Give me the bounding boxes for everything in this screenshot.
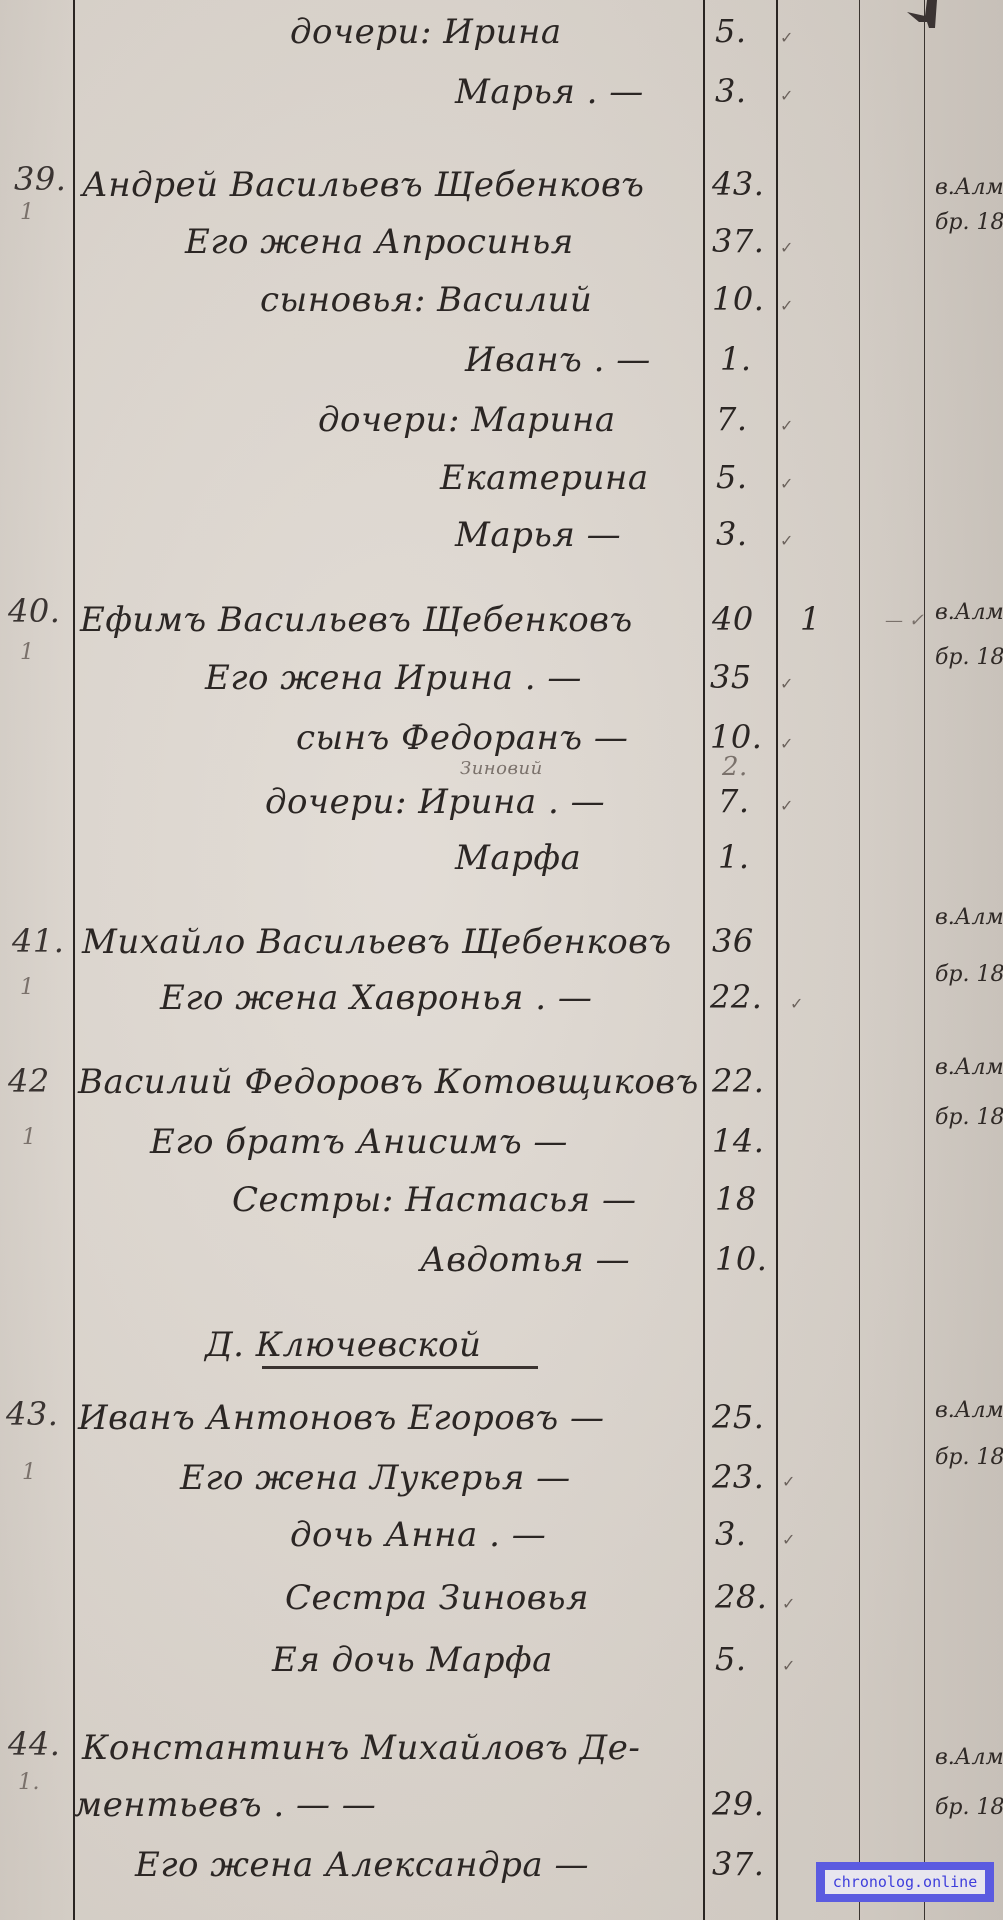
pencil-annotation: Зиновий <box>460 758 543 779</box>
entry-name: Ефимъ Васильевъ Щебенковъ <box>80 600 633 640</box>
entry-age: 36 <box>712 922 754 960</box>
entry-name: Михайло Васильевъ Щебенковъ <box>82 922 672 962</box>
check-mark-icon: ✓ <box>780 296 793 315</box>
entry-age: 3. <box>715 72 747 110</box>
household-sub-count: 1 <box>20 640 35 665</box>
household-number: 43. <box>6 1395 58 1433</box>
entry-age: 5. <box>716 458 748 496</box>
margin-note: в.Алм <box>935 600 1003 625</box>
check-mark-icon: ✓ <box>780 796 793 815</box>
entry-name: Марья . — <box>455 72 644 112</box>
margin-note: в.Алм <box>935 905 1003 930</box>
entry-name: дочери: Марина <box>318 400 616 440</box>
check-mark-icon: ✓ <box>780 416 793 435</box>
household-number: 44. <box>8 1725 60 1763</box>
entry-age: 3. <box>716 515 748 553</box>
column-rule-notes <box>924 0 925 1920</box>
household-number: 41. <box>12 922 64 960</box>
entry-age: 28. <box>715 1578 767 1616</box>
entry-age: 1. <box>720 340 752 378</box>
margin-note: бр. 18.. <box>935 645 1003 670</box>
entry-name: Его братъ Анисимъ — <box>150 1122 568 1162</box>
entry-second-column: 1 <box>800 600 821 638</box>
margin-note: бр. 18.. <box>935 962 1003 987</box>
household-number: 39. <box>14 160 66 198</box>
entry-age: 10. <box>715 1240 767 1278</box>
entry-name: Марфа <box>455 838 581 878</box>
entry-age: 37. <box>712 1845 764 1883</box>
check-mark-icon: ✓ <box>782 1656 795 1675</box>
column-rule-extra <box>859 0 860 1920</box>
entry-age: 7. <box>718 782 750 820</box>
entry-age: 37. <box>712 222 764 260</box>
check-mark-icon: ✓ <box>780 86 793 105</box>
entry-name: Екатерина <box>440 458 649 498</box>
household-sub-count: 1. <box>18 1770 40 1795</box>
check-mark-icon: ✓ <box>780 734 793 753</box>
watermark-badge: chronolog.online <box>816 1862 994 1902</box>
entry-name: Его жена Лукерья — <box>180 1458 571 1498</box>
check-mark-icon: ✓ <box>782 1472 795 1491</box>
heading-underline <box>262 1366 538 1369</box>
margin-note: в.Алм <box>935 1055 1003 1080</box>
entry-age: 29. <box>712 1785 764 1823</box>
margin-note: в.Алм <box>935 1745 1003 1770</box>
household-sub-count: 1 <box>22 1460 37 1485</box>
register-page: дочери: Ирина 5. ✓ Марья . — 3. ✓ 39. 1 … <box>0 0 1003 1920</box>
entry-age: 22. <box>712 1062 764 1100</box>
entry-age: 5. <box>715 1640 747 1678</box>
entry-age: 40 <box>712 600 754 638</box>
entry-age: 10. <box>712 280 764 318</box>
entry-age: 7. <box>716 400 748 438</box>
entry-name: Константинъ Михайловъ Де- <box>82 1728 640 1768</box>
entry-age: 5. <box>715 12 747 50</box>
entry-name: дочь Анна . — <box>290 1515 546 1555</box>
entry-name: дочери: Ирина <box>290 12 562 52</box>
entry-name: Иванъ . — <box>465 340 651 380</box>
margin-dash: — ✓ <box>885 610 924 631</box>
household-number: 42 <box>8 1062 50 1100</box>
check-mark-icon: ✓ <box>780 531 793 550</box>
margin-note: бр. 18.. <box>935 1105 1003 1130</box>
entry-name: ментьевъ . — — <box>74 1785 376 1825</box>
entry-name: Сестра Зиновья <box>285 1578 589 1618</box>
check-mark-icon: ✓ <box>780 474 793 493</box>
entry-name: дочери: Ирина . — <box>265 782 605 822</box>
section-heading-village: Д. Ключевской <box>205 1325 481 1365</box>
check-mark-icon: ✓ <box>780 674 793 693</box>
household-number: 40. <box>8 592 60 630</box>
margin-note: бр. 18.. <box>935 1445 1003 1470</box>
entry-age: 3. <box>715 1515 747 1553</box>
entry-age: 1. <box>718 838 750 876</box>
entry-name: Андрей Васильевъ Щебенковъ <box>82 165 644 205</box>
household-sub-count: 1 <box>22 1125 37 1150</box>
entry-name: Его жена Александра — <box>135 1845 589 1885</box>
margin-note: бр. 18.. <box>935 1795 1003 1820</box>
check-mark-icon: ✓ <box>782 1530 795 1549</box>
age-correction: 2. <box>722 752 748 782</box>
entry-age: 22. <box>710 978 762 1016</box>
column-rule-age <box>776 0 778 1920</box>
entry-age: 14. <box>712 1122 764 1160</box>
margin-note: бр. 18.. <box>935 210 1003 235</box>
entry-name: Ея дочь Марфа <box>272 1640 553 1680</box>
entry-age: 35 <box>710 658 752 696</box>
entry-name: Авдотья — <box>420 1240 630 1280</box>
entry-name: сынъ Федоранъ — <box>296 718 628 758</box>
watermark-text: chronolog.online <box>825 1870 986 1894</box>
household-sub-count: 1 <box>20 200 35 225</box>
check-mark-icon: ✓ <box>790 994 803 1013</box>
entry-name: Сестры: Настасья — <box>232 1180 636 1220</box>
column-rule-name <box>703 0 705 1920</box>
entry-name: Его жена Ирина . — <box>205 658 582 698</box>
household-sub-count: 1 <box>20 975 35 1000</box>
margin-note: в.Алм <box>935 1398 1003 1423</box>
entry-age: 23. <box>712 1458 764 1496</box>
column-rule-number <box>73 0 75 1920</box>
entry-name: Его жена Апросинья <box>185 222 574 262</box>
entry-age: 10. <box>710 718 762 756</box>
entry-name: Иванъ Антоновъ Егоровъ — <box>78 1398 605 1438</box>
entry-age: 25. <box>712 1398 764 1436</box>
binding-clip-icon <box>905 0 945 30</box>
entry-name: сыновья: Василий <box>260 280 592 320</box>
check-mark-icon: ✓ <box>782 1594 795 1613</box>
margin-note: в.Алм <box>935 175 1003 200</box>
entry-name: Василий Федоровъ Котовщиковъ <box>78 1062 699 1102</box>
entry-name: Марья — <box>455 515 621 555</box>
entry-age: 18 <box>715 1180 757 1218</box>
check-mark-icon: ✓ <box>780 238 793 257</box>
check-mark-icon: ✓ <box>780 28 793 47</box>
entry-name: Его жена Хавронья . — <box>160 978 592 1018</box>
entry-age: 43. <box>712 165 764 203</box>
